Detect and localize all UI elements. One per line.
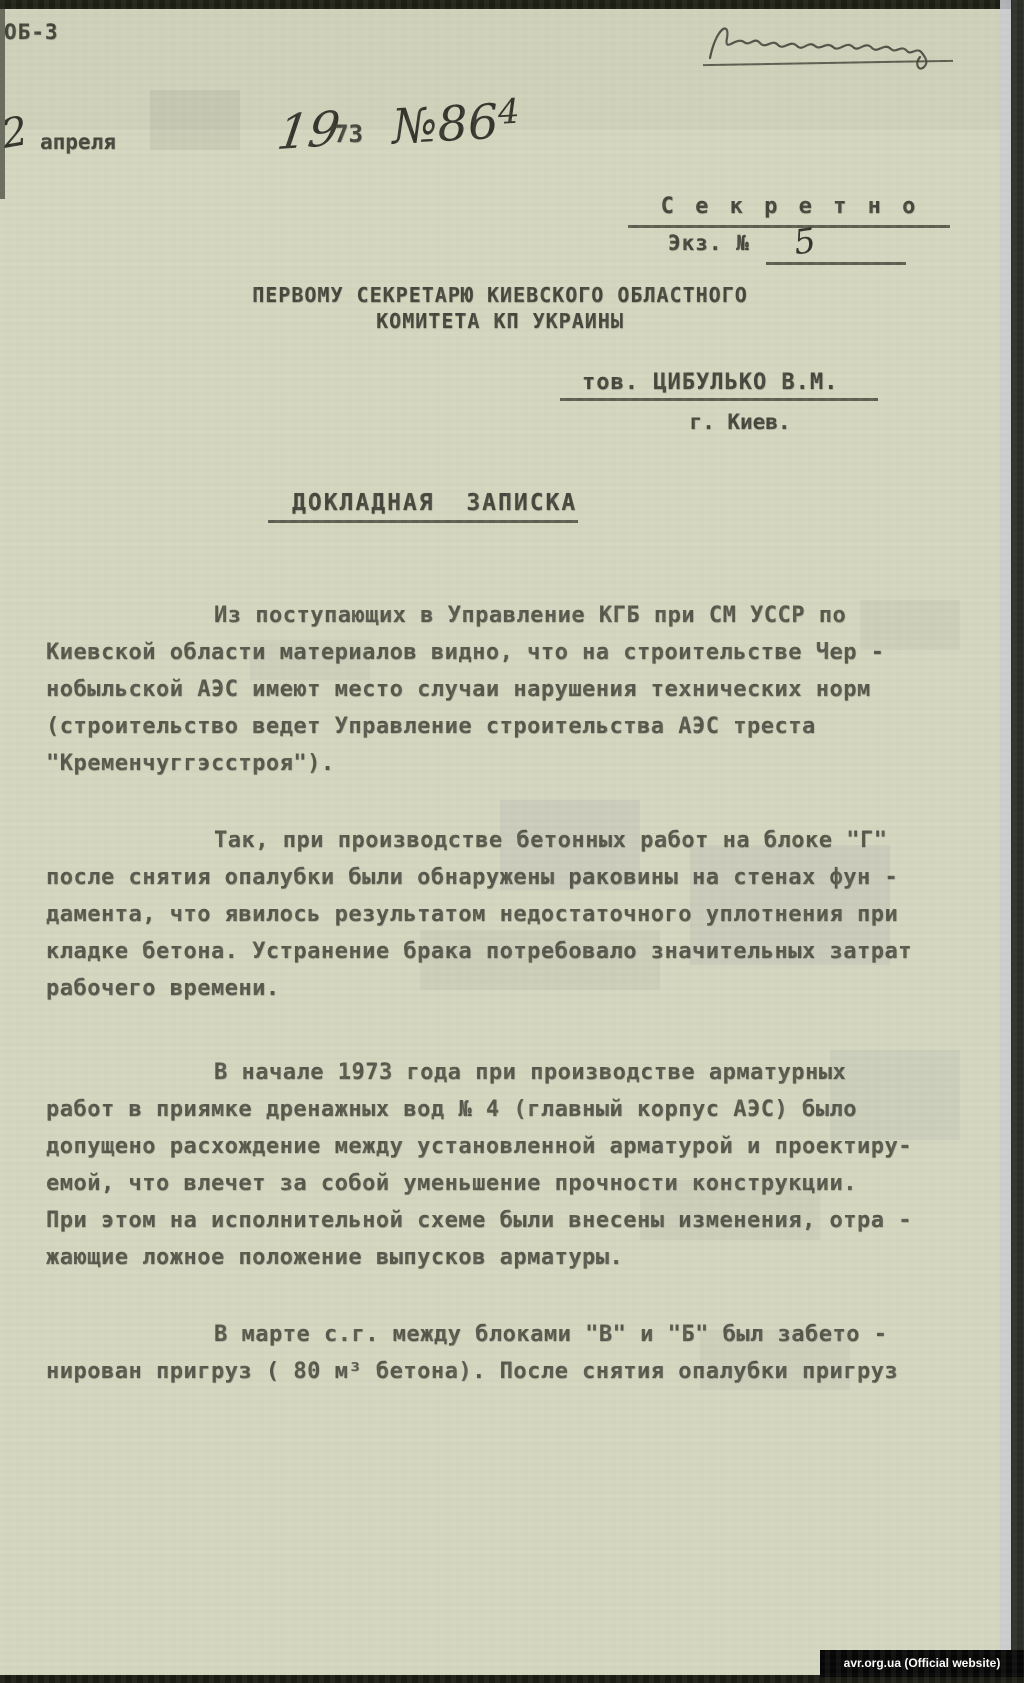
body-line: (строительство ведет Управление строител…: [46, 708, 951, 745]
doc-number-sup: 4: [497, 92, 521, 133]
recipient-line-1: ПЕРВОМУ СЕКРЕТАРЮ КИЕВСКОГО ОБЛАСТНОГО: [210, 282, 790, 308]
title-underline: [268, 520, 578, 523]
recipient-name-underline: [560, 398, 878, 401]
body-line: При этом на исполнительной схеме были вн…: [46, 1202, 951, 1239]
recipient-block: ПЕРВОМУ СЕКРЕТАРЮ КИЕВСКОГО ОБЛАСТНОГО К…: [210, 282, 790, 334]
scan-border-top: [0, 0, 1024, 9]
body-line: В марте с.г. между блоками "В" и "Б" был…: [46, 1316, 951, 1353]
typed-year: 73: [334, 120, 363, 148]
scan-border-left: [0, 9, 5, 199]
doc-number-main: №86: [391, 94, 500, 155]
body-line: В начале 1973 года при производстве арма…: [46, 1054, 951, 1091]
body-line: после снятия опалубки были обнаружены ра…: [46, 859, 951, 896]
paragraph-4: В марте с.г. между блоками "В" и "Б" был…: [46, 1316, 951, 1390]
scanned-document-page: ОБ-3 2 апреля 19 73 №864 С е к р е т н о…: [0, 0, 1024, 1683]
body-line: допущено расхождение между установленной…: [46, 1128, 951, 1165]
recipient-city: г. Киев.: [660, 410, 820, 434]
body-line: жающие ложное положение выпусков арматур…: [46, 1239, 951, 1276]
body-line: Киевской области материалов видно, что н…: [46, 634, 951, 671]
page-code: ОБ-3: [4, 20, 59, 44]
body-line: рабочего времени.: [46, 970, 951, 1007]
secrecy-underline: [628, 225, 950, 228]
paragraph-1: Из поступающих в Управление КГБ при СМ У…: [46, 597, 951, 782]
body-line: емой, что влечет за собой уменьшение про…: [46, 1165, 951, 1202]
body-line: работ в приямке дренажных вод № 4 (главн…: [46, 1091, 951, 1128]
date-month: апреля: [40, 130, 116, 154]
recipient-line-2: КОМИТЕТА КП УКРАИНЫ: [210, 308, 790, 334]
recipient-name: тов. ЦИБУЛЬКО В.М.: [582, 370, 838, 395]
scan-artifact: [150, 90, 240, 150]
body-line: нирован пригруз ( 80 м³ бетона). После с…: [46, 1353, 951, 1390]
body-line: дамента, что явилось результатом недоста…: [46, 896, 951, 933]
handwritten-doc-number: №864: [391, 93, 522, 156]
scan-border-right-light: [1000, 0, 1011, 1683]
paragraph-3: В начале 1973 года при производстве арма…: [46, 1054, 951, 1276]
handwritten-year: 19: [274, 101, 344, 161]
body-line: нобыльской АЭС имеют место случаи наруше…: [46, 671, 951, 708]
paragraph-2: Так, при производстве бетонных работ на …: [46, 822, 951, 1007]
copy-number-underline: [766, 262, 906, 265]
body-line: Так, при производстве бетонных работ на …: [46, 822, 951, 859]
copy-label: Экз. №: [668, 231, 750, 255]
document-title: ДОКЛАДНАЯ ЗАПИСКА: [292, 490, 577, 516]
scan-border-right-dark: [1011, 0, 1024, 1683]
secrecy-stamp: С е к р е т н о: [630, 194, 950, 219]
body-line: кладке бетона. Устранение брака потребов…: [46, 933, 951, 970]
body-line: "Кременчуггэсстроя").: [46, 745, 951, 782]
body-line: Из поступающих в Управление КГБ при СМ У…: [46, 597, 951, 634]
source-watermark: avr.org.ua (Official website): [820, 1650, 1024, 1677]
